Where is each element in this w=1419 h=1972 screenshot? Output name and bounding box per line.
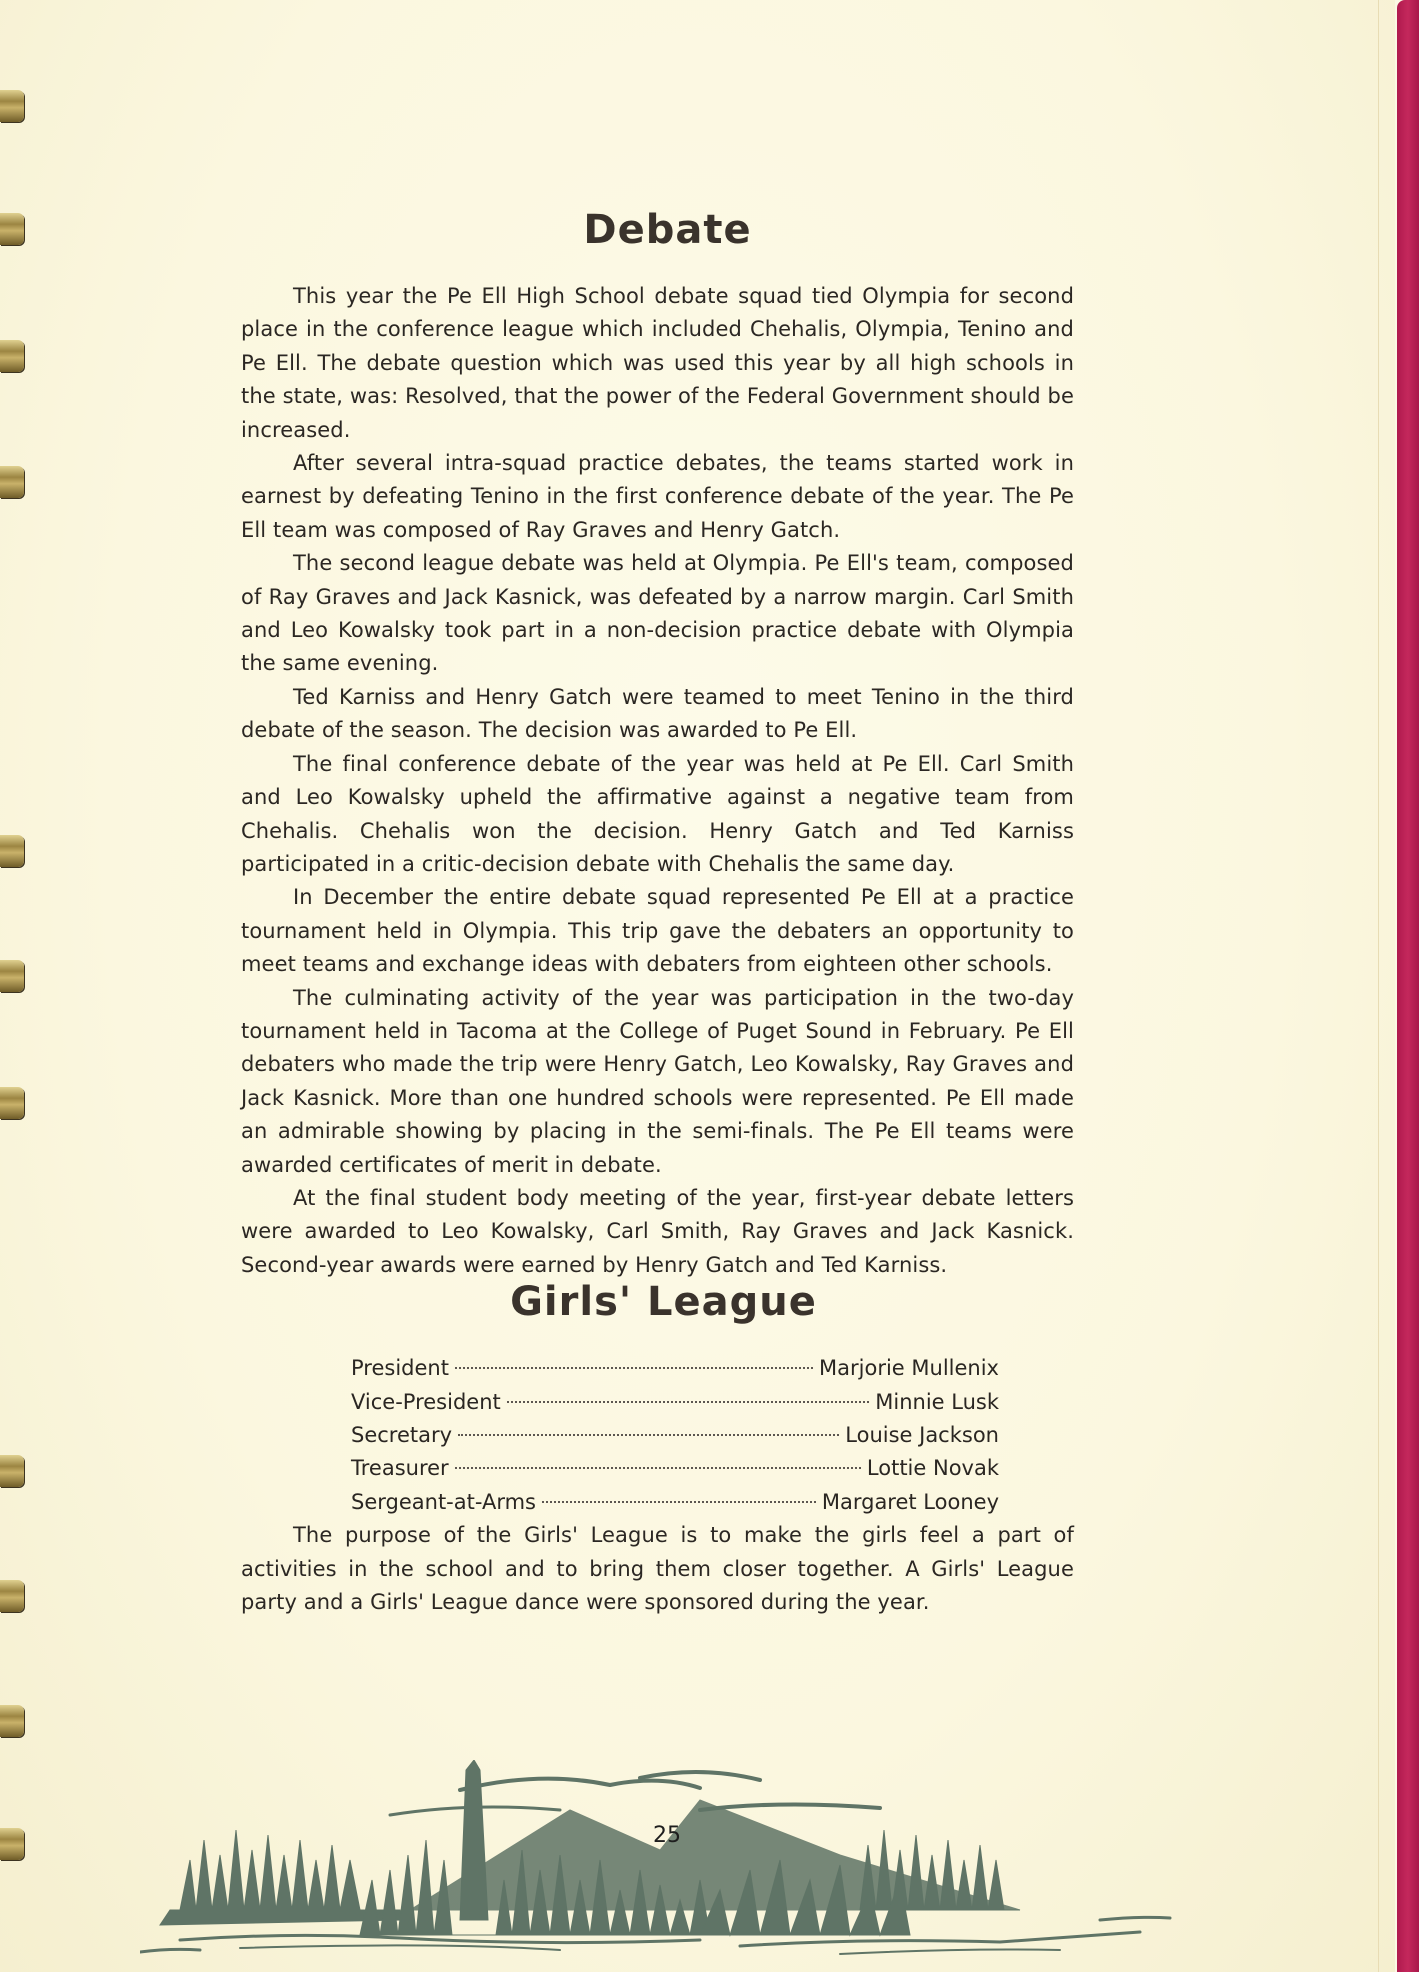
forest-mountain-illustration bbox=[140, 1760, 1180, 1960]
debate-paragraph: At the final student body meeting of the… bbox=[241, 1182, 1074, 1282]
binding-ring-icon bbox=[0, 90, 24, 122]
binding-ring-icon bbox=[0, 340, 24, 372]
dot-leader bbox=[507, 1401, 870, 1403]
officer-role: Vice-President bbox=[351, 1386, 501, 1419]
page-number: 25 bbox=[653, 1823, 681, 1848]
binding-ring-icon bbox=[0, 1705, 24, 1737]
page-edge-line bbox=[1378, 0, 1379, 1972]
binding-ring-icon bbox=[0, 960, 24, 992]
officer-name: Margaret Looney bbox=[822, 1486, 999, 1519]
binding-ring-icon bbox=[0, 466, 24, 498]
page-content: Debate This year the Pe Ell High School … bbox=[241, 210, 1074, 1619]
debate-paragraph: In December the entire debate squad repr… bbox=[241, 881, 1074, 981]
debate-paragraph: This year the Pe Ell High School debate … bbox=[241, 280, 1074, 447]
dot-leader bbox=[458, 1434, 839, 1436]
red-cover-edge bbox=[1397, 0, 1419, 1972]
dot-leader bbox=[542, 1501, 816, 1503]
officer-row: Vice-President Minnie Lusk bbox=[351, 1386, 999, 1419]
debate-paragraph: The second league debate was held at Oly… bbox=[241, 547, 1074, 681]
officers-list: President Marjorie Mullenix Vice-Preside… bbox=[351, 1352, 999, 1519]
binding-ring-icon bbox=[0, 1455, 24, 1487]
officer-row: Sergeant-at-Arms Margaret Looney bbox=[351, 1486, 999, 1519]
debate-paragraph: The culminating activity of the year was… bbox=[241, 982, 1074, 1182]
binding-ring-icon bbox=[0, 1828, 24, 1860]
debate-paragraph: The final conference debate of the year … bbox=[241, 748, 1074, 882]
officer-row: Treasurer Lottie Novak bbox=[351, 1452, 999, 1485]
officer-role: Sergeant-at-Arms bbox=[351, 1486, 536, 1519]
debate-paragraph: Ted Karniss and Henry Gatch were teamed … bbox=[241, 681, 1074, 748]
binding-ring-icon bbox=[0, 1087, 24, 1119]
officer-row: Secretary Louise Jackson bbox=[351, 1419, 999, 1452]
binding-ring-icon bbox=[0, 1580, 24, 1612]
binding-ring-icon bbox=[0, 835, 24, 867]
officer-role: President bbox=[351, 1352, 449, 1385]
dot-leader bbox=[455, 1367, 813, 1369]
girls-league-heading: Girls' League bbox=[241, 1282, 1074, 1322]
binding-ring-icon bbox=[0, 213, 24, 245]
officer-name: Louise Jackson bbox=[845, 1419, 999, 1452]
officer-name: Marjorie Mullenix bbox=[819, 1352, 999, 1385]
officer-name: Minnie Lusk bbox=[875, 1386, 999, 1419]
officer-name: Lottie Novak bbox=[867, 1452, 999, 1485]
girls-league-paragraph: The purpose of the Girls' League is to m… bbox=[241, 1519, 1074, 1619]
debate-body: This year the Pe Ell High School debate … bbox=[241, 280, 1074, 1282]
officer-role: Secretary bbox=[351, 1419, 452, 1452]
girls-league-body: The purpose of the Girls' League is to m… bbox=[241, 1519, 1074, 1619]
debate-paragraph: After several intra-squad practice debat… bbox=[241, 447, 1074, 547]
officer-row: President Marjorie Mullenix bbox=[351, 1352, 999, 1385]
dot-leader bbox=[455, 1467, 861, 1469]
debate-heading: Debate bbox=[241, 210, 1074, 250]
officer-role: Treasurer bbox=[351, 1452, 449, 1485]
